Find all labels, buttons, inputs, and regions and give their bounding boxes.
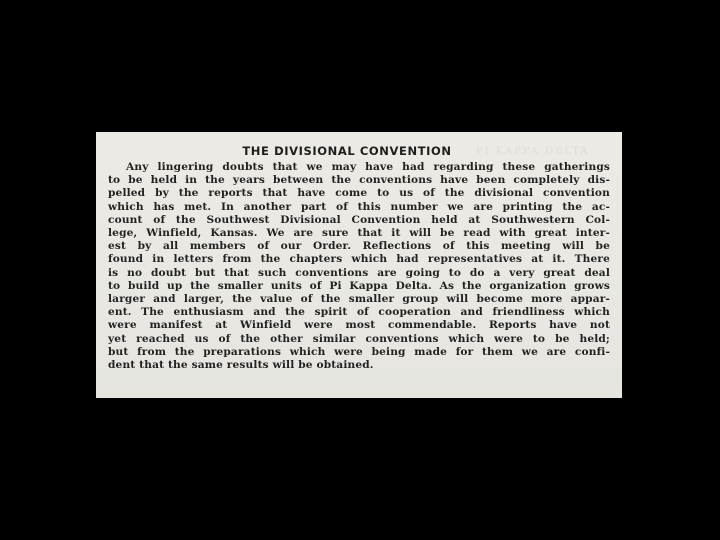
text-line: pelled by the reports that have come to … — [108, 187, 610, 200]
text-line: Any lingering doubts that we may have ha… — [108, 161, 610, 174]
text-line: but from the preparations which were bei… — [108, 346, 610, 359]
text-line: lege, Winfield, Kansas. We are sure that… — [108, 227, 610, 240]
slide-background: PI KAPPA DELTA THE DIVISIONAL CONVENTION… — [0, 0, 720, 540]
text-line: yet reached us of the other similar conv… — [108, 333, 610, 346]
bleed-through-text: PI KAPPA DELTA — [476, 146, 590, 157]
text-line: est by all members of our Order. Reflect… — [108, 240, 610, 253]
text-line: found in letters from the chapters which… — [108, 253, 610, 266]
article-body: Any lingering doubts that we may have ha… — [108, 161, 614, 372]
text-line: dent that the same results will be obtai… — [108, 359, 610, 372]
text-line: ent. The enthusiasm and the spirit of co… — [108, 306, 610, 319]
text-line: larger and larger, the value of the smal… — [108, 293, 610, 306]
text-line: were manifest at Winfield were most comm… — [108, 319, 610, 332]
text-line: which has met. In another part of this n… — [108, 201, 610, 214]
text-line: is no doubt but that such conventions ar… — [108, 267, 610, 280]
text-line: to build up the smaller units of Pi Kapp… — [108, 280, 610, 293]
newspaper-clipping: PI KAPPA DELTA THE DIVISIONAL CONVENTION… — [96, 132, 622, 398]
text-line: to be held in the years between the conv… — [108, 174, 610, 187]
text-line: count of the Southwest Divisional Conven… — [108, 214, 610, 227]
